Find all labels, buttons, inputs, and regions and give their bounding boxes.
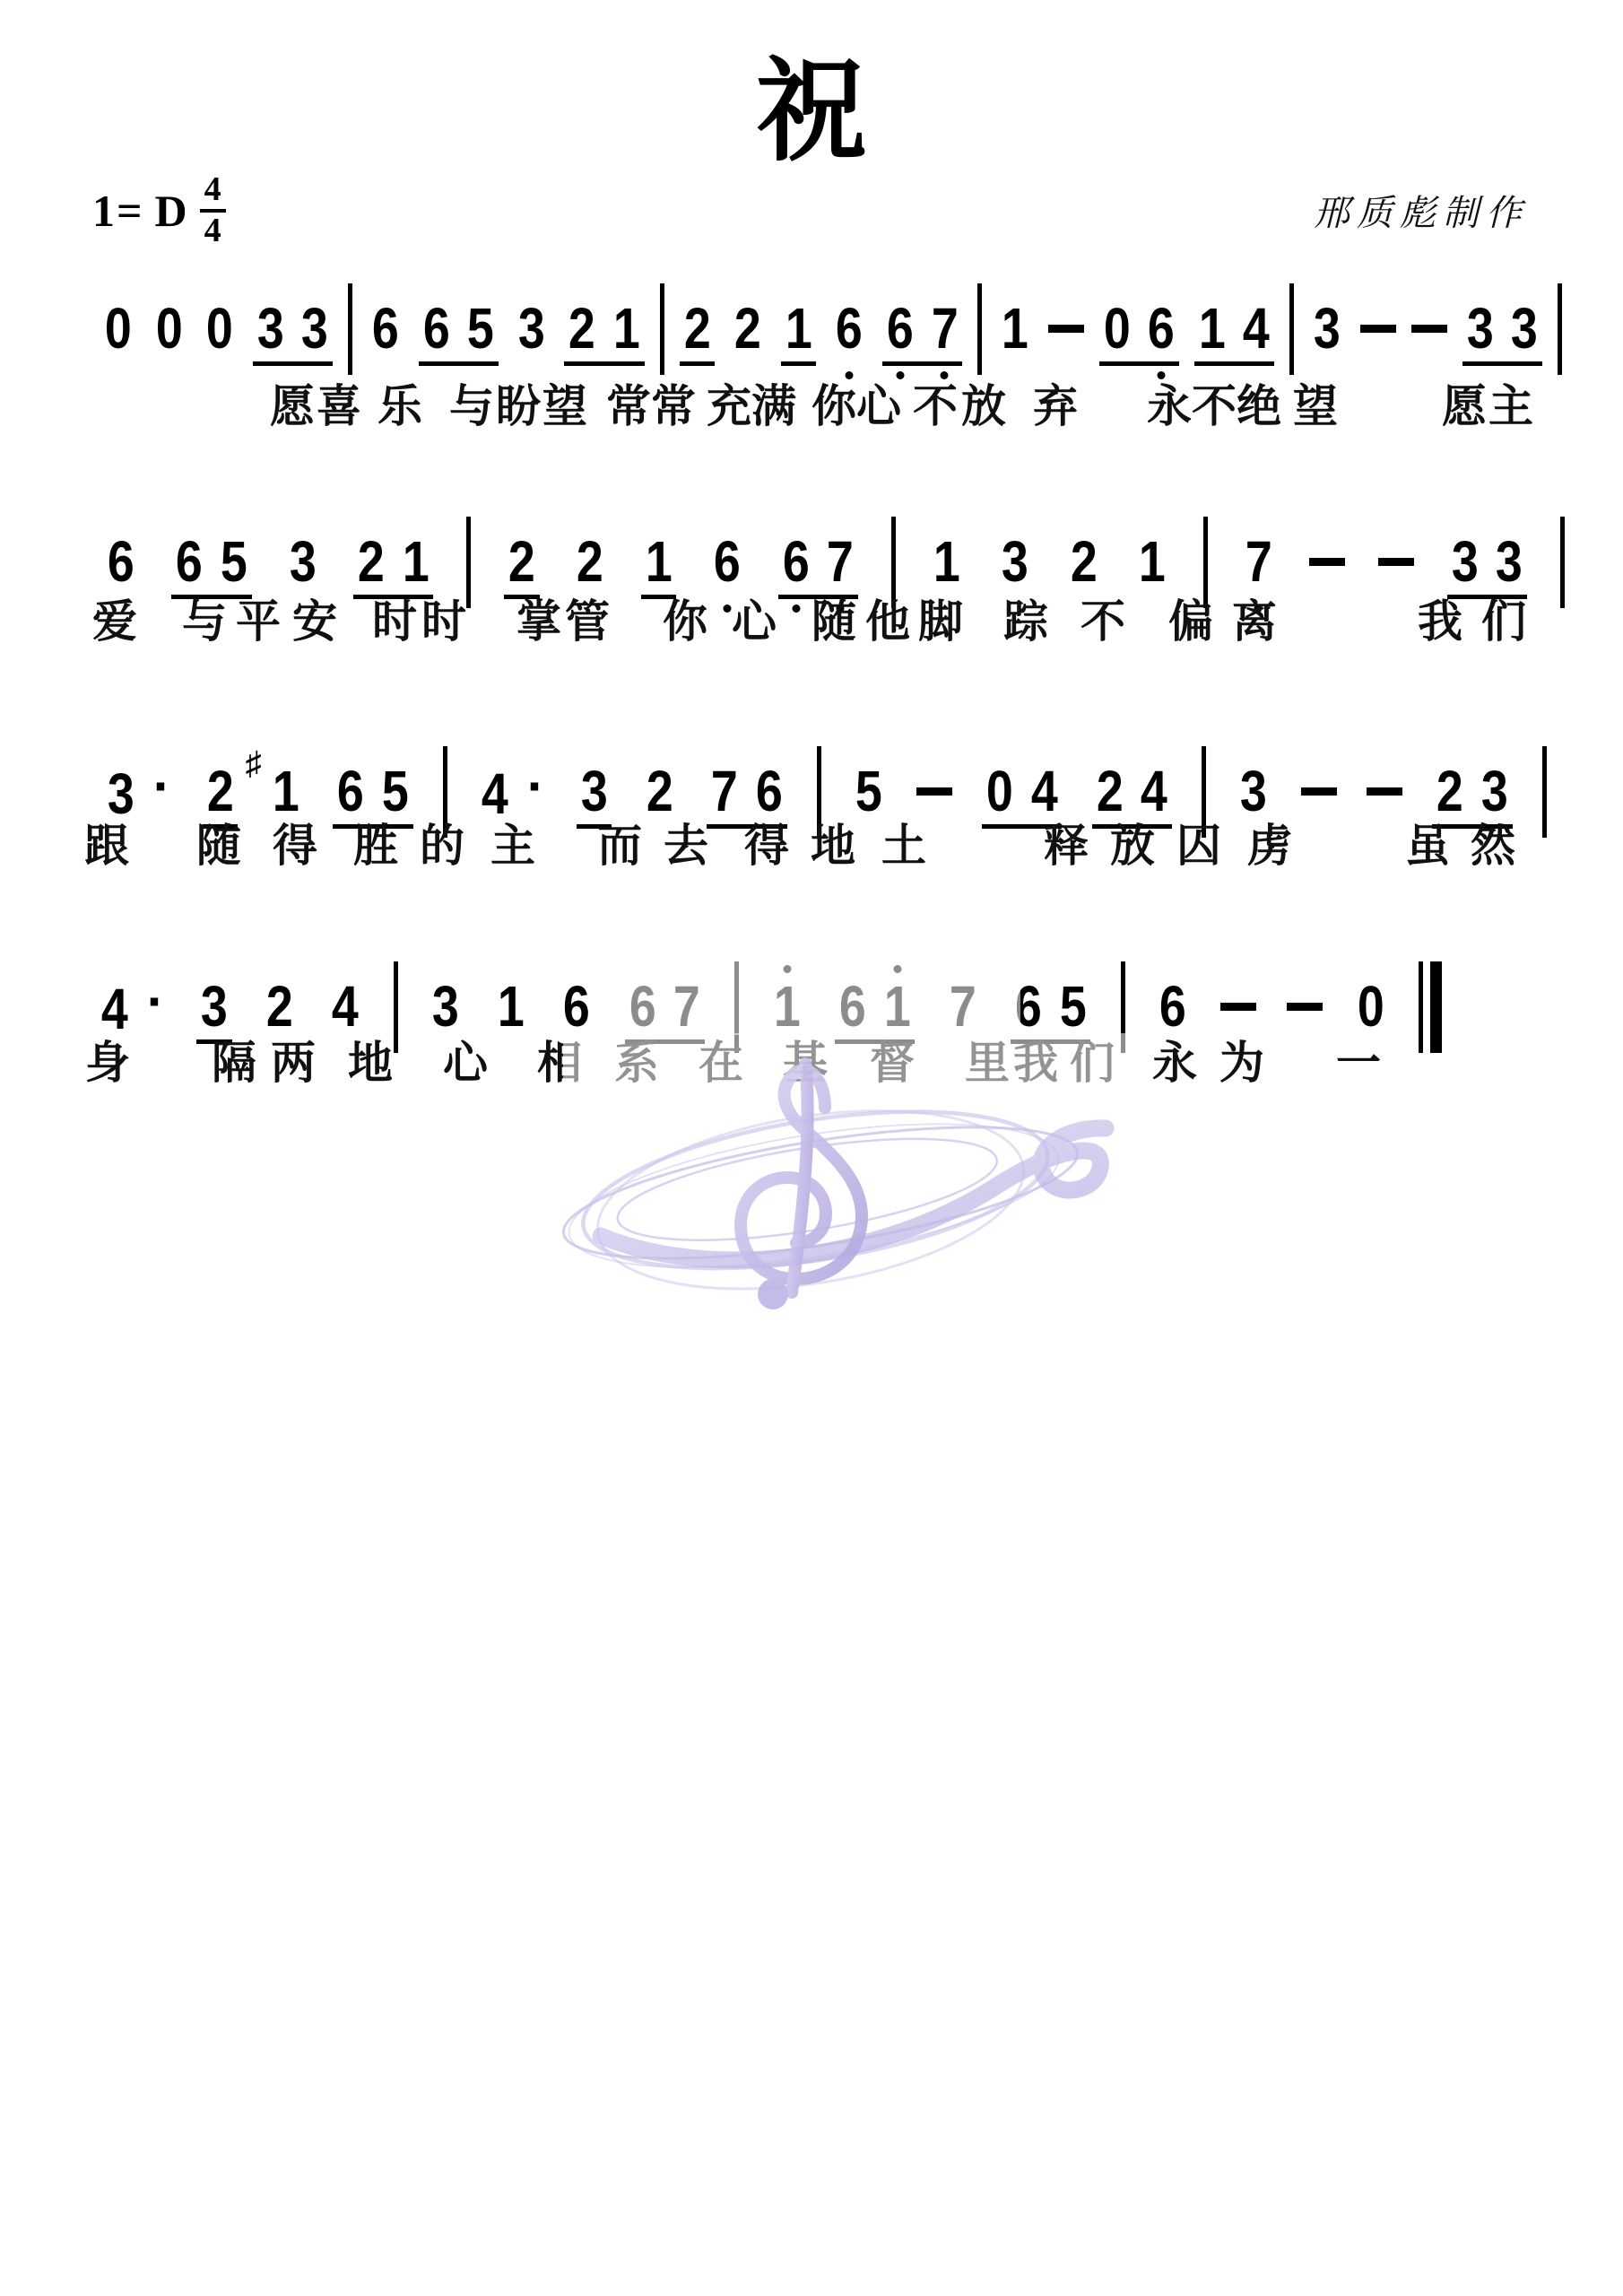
note-digit: 1: [272, 762, 299, 820]
lyric-char: 放: [1110, 823, 1155, 868]
lyric-char: 常: [606, 384, 651, 429]
dash-note: [1411, 325, 1447, 333]
note-group: 0: [202, 300, 238, 368]
note-group: 1: [493, 978, 529, 1046]
final-barline: [1419, 961, 1442, 1053]
sharp-icon: ♯: [246, 747, 262, 779]
lyric-char: 去: [664, 823, 708, 868]
note-group: 14: [1194, 300, 1274, 368]
dash-note: [1360, 325, 1396, 333]
dash-note: [1220, 1003, 1256, 1011]
note-digit: 3: [301, 300, 328, 357]
note: 6: [711, 533, 743, 590]
note: 0: [1101, 300, 1133, 357]
barline: [348, 283, 352, 375]
note-digit: 2: [734, 300, 761, 357]
note-digit: 6: [783, 533, 810, 590]
lyric-char: 愿: [270, 384, 315, 429]
lyric-char: 主: [1488, 384, 1533, 429]
note-digit: 3: [1496, 533, 1523, 590]
note-digit: 3: [289, 533, 316, 590]
barline: [466, 517, 471, 608]
lyric-char: 们: [1481, 599, 1526, 644]
staff-swirl-lines: [551, 1075, 1091, 1321]
augmentation-dot: ·: [147, 975, 165, 1029]
note: 0: [1355, 978, 1387, 1035]
lyrics-line-1: 愿喜乐与盼望常常充满你心不放弃永不绝望愿主: [0, 384, 1623, 438]
note-digit: 2: [1096, 762, 1123, 820]
note: 3: [1449, 533, 1481, 590]
note: 4: [479, 765, 511, 822]
note-group: 6: [103, 533, 139, 601]
lyric-char: 得: [744, 823, 789, 868]
lyric-char: 我: [1418, 599, 1462, 644]
note-group: 0: [100, 300, 136, 368]
lyric-char: 我: [1013, 1040, 1058, 1085]
note: 1: [611, 300, 643, 357]
note-group: 1: [781, 300, 817, 368]
lyric-char: 绝: [1237, 384, 1281, 429]
note: 1: [643, 533, 675, 590]
lyric-char: 喜: [317, 384, 361, 429]
note-group: 2: [730, 300, 766, 368]
dash-note: [1301, 787, 1337, 796]
note-digit: 0: [105, 300, 132, 357]
lyric-char: 望: [1293, 384, 1338, 429]
note: 3: [255, 300, 287, 357]
note-group: 6: [709, 533, 745, 601]
lyric-char: 愿: [1442, 384, 1487, 429]
note: 6: [1145, 300, 1177, 357]
clef-icon: [741, 1064, 862, 1309]
note-digit: 0: [1104, 300, 1131, 357]
note: 1: [999, 300, 1031, 357]
barline: [1289, 283, 1294, 375]
note-group: 1: [769, 978, 805, 1046]
note: 7: [947, 978, 979, 1035]
lyric-char: 一: [1336, 1040, 1381, 1085]
note-digit: 0: [1357, 978, 1384, 1035]
lyric-char: 常: [651, 384, 696, 429]
dash-note: [1309, 558, 1345, 566]
note-digit: 3: [581, 762, 608, 820]
note: 6: [421, 300, 453, 357]
note: 3: [105, 765, 137, 822]
lyric-char: 不: [913, 384, 958, 429]
note-digit: 6: [108, 533, 135, 590]
note: 3: [299, 300, 331, 357]
note-digit: 6: [629, 978, 655, 1035]
note-digit: 6: [563, 978, 590, 1035]
note: 6: [1012, 978, 1045, 1035]
note: 4: [1240, 300, 1272, 357]
note: 7: [824, 533, 856, 590]
barline: [1558, 283, 1562, 375]
note-group: 33: [1447, 533, 1527, 601]
note: 6: [753, 762, 785, 820]
note-digit: 1: [498, 978, 525, 1035]
barline: [891, 517, 896, 608]
note-digit: 4: [1243, 300, 1270, 357]
note: 0: [102, 300, 135, 357]
note-group: 7: [945, 978, 981, 1046]
note: 2: [1068, 533, 1100, 590]
lyric-char: 主: [490, 823, 535, 868]
note: 1: [881, 978, 914, 1035]
time-signature-numerator: 4: [200, 172, 226, 213]
note-digit: 4: [482, 765, 508, 822]
note-group: 21: [564, 300, 644, 368]
lyric-char: 们: [1070, 1040, 1115, 1085]
credit-text: 邢质彪制作: [1314, 185, 1529, 236]
lyric-char: 跟: [84, 823, 129, 868]
lyric-char: 脚: [918, 599, 963, 644]
lyric-char: 胜: [353, 823, 398, 868]
note: 3: [516, 300, 548, 357]
note-group: 6: [368, 300, 404, 368]
note-digit: 6: [836, 300, 863, 357]
lyric-char: 管: [565, 599, 610, 644]
note: 6: [173, 533, 205, 590]
note: 1: [1196, 300, 1228, 357]
note: 2: [732, 300, 764, 357]
barline: [1121, 961, 1125, 1053]
ribbon-swirl: [601, 1128, 1106, 1260]
note: 3: [1508, 300, 1541, 357]
note-group: 33: [1462, 300, 1542, 368]
note: 5: [218, 533, 250, 590]
note: 6: [837, 978, 869, 1035]
time-signature: 4 4: [200, 172, 226, 249]
note-digit: 1: [774, 978, 801, 1035]
note: 1: [931, 533, 963, 590]
barline: [394, 961, 398, 1053]
note: 7: [708, 762, 741, 820]
lyric-char: 基: [783, 1040, 828, 1085]
lyrics-line-4: 身隔两地心相系在基督里我们永为一: [0, 1040, 1623, 1094]
note: 6: [560, 978, 593, 1035]
lyric-char: 平: [236, 599, 281, 644]
note: 2: [204, 762, 237, 820]
note: 5: [1057, 978, 1089, 1035]
note-group: 7: [1241, 533, 1277, 601]
note-digit: 7: [1245, 533, 1271, 590]
lyric-char: 盼: [496, 384, 541, 429]
lyrics-line-2: 爱与平安时时掌管你心随他脚踪不偏离我们: [0, 599, 1623, 653]
lyric-char: 时: [421, 599, 466, 644]
lyric-char: 随: [811, 599, 856, 644]
time-signature-denominator: 4: [200, 213, 226, 249]
note-digit: 1: [884, 978, 911, 1035]
low-octave-dot: [846, 371, 854, 379]
note-digit: 5: [1059, 978, 1086, 1035]
lyric-char: 两: [271, 1040, 316, 1085]
note: ♯1: [270, 762, 302, 820]
note-digit: 1: [1139, 533, 1166, 590]
note: 3: [1479, 762, 1511, 820]
note-digit: 3: [1452, 533, 1479, 590]
dash-note: [1367, 787, 1402, 796]
note: 2: [264, 978, 296, 1035]
lyric-char: 里: [965, 1040, 1010, 1085]
note-digit: 6: [1148, 300, 1175, 357]
note-group: 06: [1099, 300, 1179, 368]
note-group: 6: [831, 300, 867, 368]
note-group: 67: [625, 978, 705, 1046]
note-digit: 1: [785, 300, 812, 357]
lyric-char: 隔: [212, 1040, 256, 1085]
lyric-char: 望: [542, 384, 587, 429]
note-digit: 3: [1002, 533, 1028, 590]
lyric-char: 掌: [516, 599, 561, 644]
note: 0: [204, 300, 236, 357]
note-group: 2: [680, 300, 716, 368]
note-group: 65: [171, 533, 251, 601]
note: 5: [853, 762, 885, 820]
note-digit: 3: [257, 300, 284, 357]
note-digit: 4: [1141, 762, 1167, 820]
lyric-char: 土: [881, 823, 926, 868]
low-octave-dot: [941, 371, 949, 379]
note-digit: 6: [176, 533, 203, 590]
note-group: 21: [353, 533, 433, 601]
note-group: 3: [997, 533, 1033, 601]
note-digit: 0: [986, 762, 1013, 820]
note-digit: 1: [933, 533, 960, 590]
note: 1: [771, 978, 803, 1035]
note-digit: 2: [207, 762, 234, 820]
lyric-char: 永: [1147, 384, 1192, 429]
note: 5: [464, 300, 497, 357]
note-digit: 1: [402, 533, 429, 590]
key-letter: D: [155, 185, 189, 237]
note-digit: 3: [432, 978, 459, 1035]
barline: [977, 283, 982, 375]
high-octave-dot: [783, 965, 791, 973]
lyric-char: 时: [372, 599, 417, 644]
lyric-char: 心: [856, 384, 901, 429]
dash-note: [1378, 558, 1414, 566]
note-group: 3: [514, 300, 550, 368]
note-group: 61: [835, 978, 915, 1046]
note: 3: [999, 533, 1031, 590]
note: 6: [780, 533, 812, 590]
note-group: 2: [572, 533, 608, 601]
note: 5: [379, 762, 412, 820]
final-barline-thick: [1430, 961, 1442, 1053]
lyric-char: 满: [751, 384, 796, 429]
lyric-char: 地: [348, 1040, 393, 1085]
lyric-char: 督: [870, 1040, 915, 1085]
key-prefix: 1=: [92, 185, 144, 237]
lyric-char: 而: [597, 823, 642, 868]
note: 0: [984, 762, 1016, 820]
note-digit: 2: [568, 300, 595, 357]
note-digit: 3: [1314, 300, 1341, 357]
lyric-char: 不: [1192, 384, 1237, 429]
note-digit: 6: [422, 300, 449, 357]
note-digit: 1: [613, 300, 640, 357]
note: 1: [783, 300, 815, 357]
note-group: 65: [1011, 978, 1090, 1046]
low-octave-dot: [1158, 371, 1166, 379]
note-digit: 0: [155, 300, 182, 357]
note-digit: 2: [508, 533, 535, 590]
note-group: 65: [419, 300, 499, 368]
lyric-char: 永: [1152, 1040, 1197, 1085]
note: 6: [105, 533, 137, 590]
note-group: 67: [778, 533, 858, 601]
note-digit: 7: [827, 533, 854, 590]
lyric-char: 得: [273, 823, 317, 868]
lyric-char: 在: [699, 1040, 743, 1085]
lyric-char: 充: [707, 384, 751, 429]
dash-note: [1048, 325, 1084, 333]
lyric-char: 然: [1471, 823, 1515, 868]
lyric-char: 相: [537, 1040, 582, 1085]
lyric-char: 不: [1081, 599, 1125, 644]
augmentation-dot: ·: [153, 760, 171, 813]
note-group: 3: [285, 533, 321, 601]
note-group: 2: [504, 533, 540, 601]
note: 3: [1464, 300, 1497, 357]
lyric-char: 踪: [1003, 599, 1048, 644]
note-group: 4: [327, 978, 363, 1046]
note-group: 3: [428, 978, 464, 1046]
note-group: 3: [196, 978, 232, 1046]
lyric-char: 安: [292, 599, 337, 644]
note-group: 1: [929, 533, 965, 601]
note-group: 0: [1353, 978, 1389, 1046]
note: 3: [1237, 762, 1270, 820]
note: 3: [198, 978, 230, 1035]
note: 7: [929, 300, 961, 357]
lyrics-line-3: 跟随得胜的主而去得地土释放囚虏虽然: [0, 823, 1623, 877]
note-digit: 5: [221, 533, 247, 590]
note-digit: 1: [646, 533, 673, 590]
lyric-char: 乐: [378, 384, 422, 429]
note: 2: [1094, 762, 1126, 820]
note: 3: [578, 762, 611, 820]
note-digit: 5: [467, 300, 494, 357]
note-digit: 1: [1002, 300, 1028, 357]
note-group: 33: [253, 300, 333, 368]
lyric-char: 随: [196, 823, 241, 868]
note-digit: 2: [358, 533, 385, 590]
note: 6: [833, 300, 865, 357]
lyric-char: 与: [449, 384, 494, 429]
note: 6: [334, 762, 367, 820]
note-digit: 4: [1031, 762, 1058, 820]
dash-note: [916, 787, 952, 796]
note-group: 6: [1155, 978, 1191, 1046]
note-digit: 2: [647, 762, 673, 820]
note: 6: [1157, 978, 1189, 1035]
note-digit: 7: [673, 978, 700, 1035]
lyric-char: 爱: [92, 599, 137, 644]
lyric-char: 囚: [1176, 823, 1221, 868]
note: 3: [1311, 300, 1343, 357]
note: 2: [681, 300, 714, 357]
barline: [660, 283, 664, 375]
music-line-1: 0003366532122166710614333: [100, 289, 1562, 378]
note-digit: 3: [1240, 762, 1267, 820]
note: 4: [1138, 762, 1170, 820]
dash-note: [1287, 1003, 1323, 1011]
note: 4: [329, 978, 361, 1035]
barline: [1203, 517, 1208, 608]
note-digit: 2: [266, 978, 293, 1035]
note: 0: [153, 300, 186, 357]
note: 7: [1243, 533, 1275, 590]
note-group: 2: [1066, 533, 1102, 601]
note: 2: [506, 533, 538, 590]
note: 4: [99, 980, 131, 1038]
note-digit: 3: [1467, 300, 1494, 357]
note-digit: 7: [711, 762, 738, 820]
note-digit: 2: [1436, 762, 1463, 820]
note-digit: 6: [1159, 978, 1186, 1035]
note-group: 1: [1134, 533, 1170, 601]
note-digit: 3: [1511, 300, 1538, 357]
lyric-char: 的: [420, 823, 464, 868]
lyric-char: 系: [614, 1040, 659, 1085]
note: 6: [627, 978, 659, 1035]
lyric-char: 虏: [1247, 823, 1292, 868]
note-digit: 7: [950, 978, 976, 1035]
lyric-char: 地: [811, 823, 855, 868]
lyric-char: 心: [732, 599, 777, 644]
note-digit: 1: [1199, 300, 1226, 357]
note-group: 6: [559, 978, 595, 1046]
note: 2: [1434, 762, 1466, 820]
note-digit: 6: [887, 300, 914, 357]
lyric-char: 心: [443, 1040, 488, 1085]
note-digit: 3: [518, 300, 545, 357]
note-group: 2: [262, 978, 298, 1046]
note: 3: [287, 533, 319, 590]
key-signature: 1= D 4 4: [92, 172, 226, 249]
note-group: 1: [997, 300, 1033, 368]
note-digit: 2: [683, 300, 710, 357]
note-digit: 5: [855, 762, 882, 820]
page-title: 祝: [0, 52, 1623, 174]
note-group: 1: [641, 533, 677, 601]
lyric-char: 放: [961, 384, 1006, 429]
note: 3: [430, 978, 462, 1035]
note: 2: [644, 762, 676, 820]
lyric-char: 你: [663, 599, 707, 644]
note: 2: [355, 533, 387, 590]
note: 1: [1136, 533, 1168, 590]
note: 6: [369, 300, 402, 357]
lyric-char: 偏: [1168, 599, 1213, 644]
note: 6: [884, 300, 916, 357]
note-digit: 6: [756, 762, 783, 820]
lyric-char: 与: [182, 599, 227, 644]
note: 1: [495, 978, 527, 1035]
note-digit: 6: [1015, 978, 1042, 1035]
note: 2: [566, 300, 598, 357]
note: 4: [1028, 762, 1061, 820]
augmentation-dot: ·: [527, 760, 545, 813]
note-digit: 6: [372, 300, 399, 357]
note-digit: 6: [337, 762, 364, 820]
lyric-char: 弃: [1033, 384, 1078, 429]
note-digit: 5: [382, 762, 409, 820]
sheet-music-page: 祝 1= D 4 4 邢质彪制作 00033665321221667106143…: [0, 0, 1623, 2296]
note-group: 0: [152, 300, 187, 368]
